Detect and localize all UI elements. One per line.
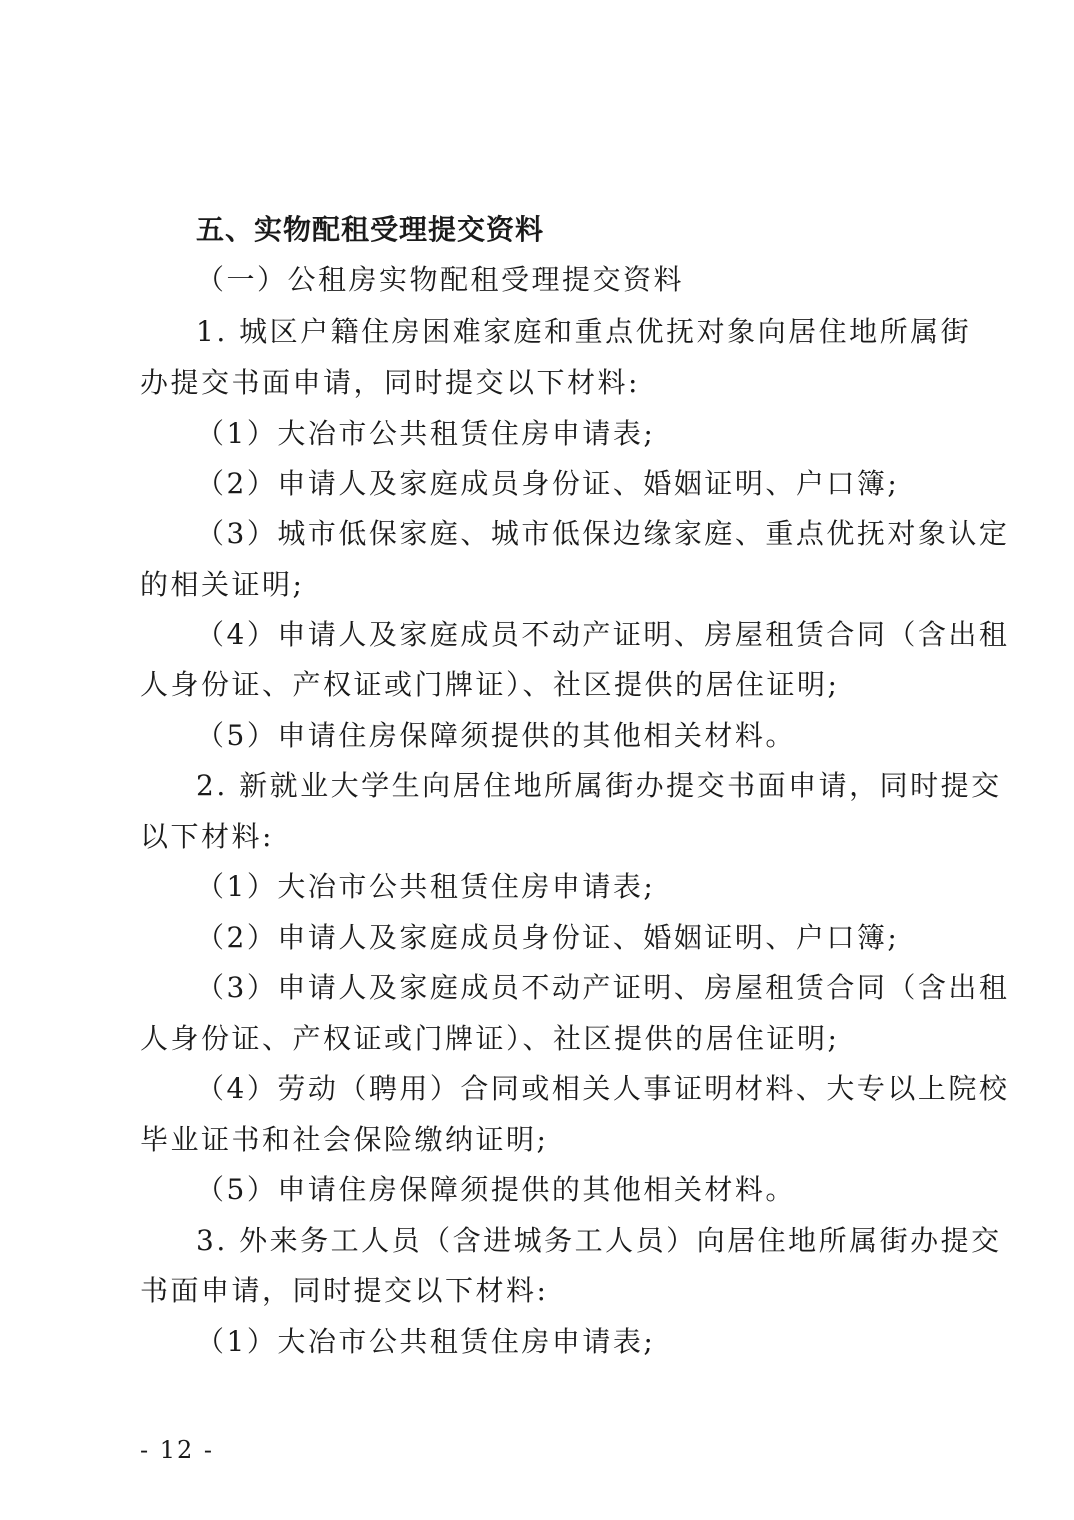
paragraph-line: （2）申请人及家庭成员身份证、婚姻证明、户口簿; xyxy=(196,464,899,504)
paragraph-line: 2. 新就业大学生向居住地所属街办提交书面申请，同时提交 xyxy=(196,766,1002,806)
paragraph-line: （3）城市低保家庭、城市低保边缘家庭、重点优抚对象认定 xyxy=(196,514,1009,554)
section-heading: 五、实物配租受理提交资料 xyxy=(196,210,544,250)
paragraph-line: 人身份证、产权证或门牌证）、社区提供的居住证明; xyxy=(140,1019,839,1059)
paragraph-line: 1. 城区户籍住房困难家庭和重点优抚对象向居住地所属街 xyxy=(196,312,971,352)
subsection-heading: （一）公租房实物配租受理提交资料 xyxy=(196,260,684,300)
paragraph-line: （5）申请住房保障须提供的其他相关材料。 xyxy=(196,1170,796,1210)
paragraph-line: （1）大冶市公共租赁住房申请表; xyxy=(196,867,655,907)
paragraph-line: （1）大冶市公共租赁住房申请表; xyxy=(196,1322,655,1362)
paragraph-line: 3. 外来务工人员（含进城务工人员）向居住地所属街办提交 xyxy=(196,1221,1002,1261)
paragraph-line: （2）申请人及家庭成员身份证、婚姻证明、户口簿; xyxy=(196,918,899,958)
paragraph-line: （1）大冶市公共租赁住房申请表; xyxy=(196,414,655,454)
paragraph-line: 人身份证、产权证或门牌证）、社区提供的居住证明; xyxy=(140,665,839,705)
paragraph-line: （3）申请人及家庭成员不动产证明、房屋租赁合同（含出租 xyxy=(196,968,1009,1008)
paragraph-line: 书面申请，同时提交以下材料: xyxy=(140,1271,548,1311)
document-page: 五、实物配租受理提交资料 （一）公租房实物配租受理提交资料 1. 城区户籍住房困… xyxy=(0,0,1074,1520)
paragraph-line: 毕业证书和社会保险缴纳证明; xyxy=(140,1120,548,1160)
page-number: - 12 - xyxy=(140,1436,214,1464)
paragraph-line: 办提交书面申请，同时提交以下材料: xyxy=(140,363,640,403)
paragraph-line: 的相关证明; xyxy=(140,565,304,605)
paragraph-line: （4）劳动（聘用）合同或相关人事证明材料、大专以上院校 xyxy=(196,1069,1009,1109)
paragraph-line: （5）申请住房保障须提供的其他相关材料。 xyxy=(196,716,796,756)
paragraph-line: （4）申请人及家庭成员不动产证明、房屋租赁合同（含出租 xyxy=(196,615,1009,655)
paragraph-line: 以下材料: xyxy=(140,817,274,857)
